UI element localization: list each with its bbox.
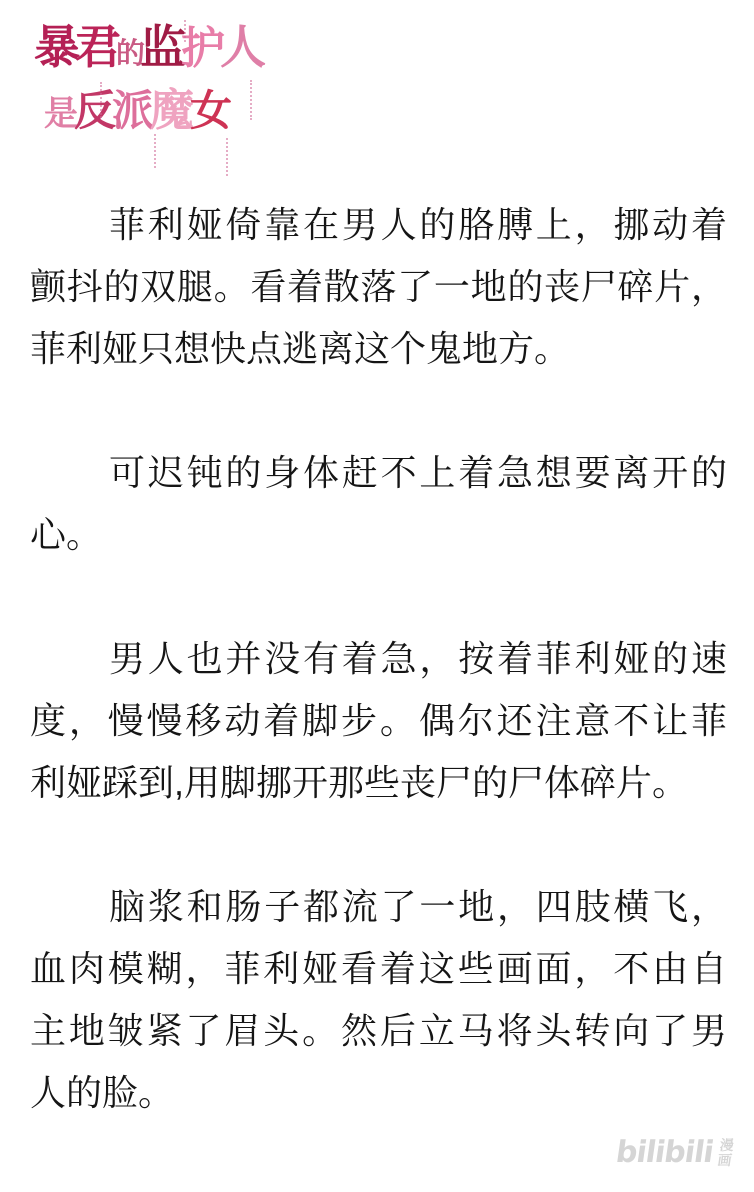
text-line: 男人也并没有着急，按着菲利娅的速 <box>30 628 727 690</box>
text-line: 可迟钝的身体赶不上着急想要离开的 <box>30 442 727 504</box>
text-line: 心。 <box>30 504 727 566</box>
text-line: 血肉模糊，菲利娅看着这些画面，不由自 <box>30 938 727 1000</box>
paragraph: 男人也并没有着急，按着菲利娅的速度，慢慢移动着脚步。偶尔还注意不让菲利娅踩到,用… <box>30 628 727 814</box>
text-line: 利娅踩到,用脚挪开那些丧尸的尸体碎片。 <box>30 752 727 814</box>
text-line: 主地皱紧了眉头。然后立马将头转向了男 <box>30 1000 727 1062</box>
paragraph: 可迟钝的身体赶不上着急想要离开的心。 <box>30 442 727 566</box>
text-line: 度，慢慢移动着脚步。偶尔还注意不让菲 <box>30 690 727 752</box>
series-title-logo: 暴君的监护人 是反派魔女 <box>34 16 261 143</box>
logo-char: 反 <box>74 89 112 135</box>
manhua-label: 漫画 <box>717 1138 736 1168</box>
logo-char: 人 <box>220 22 261 73</box>
logo-char: 监 <box>140 22 181 73</box>
logo-char: 派 <box>112 89 150 135</box>
paragraph: 脑浆和肠子都流了一地，四肢横飞，血肉模糊，菲利娅看着这些画面，不由自主地皱紧了眉… <box>30 876 727 1124</box>
logo-char: 的 <box>116 38 140 70</box>
text-line: 脑浆和肠子都流了一地，四肢横飞， <box>30 876 727 938</box>
text-line: 菲利娅只想快点逃离这个鬼地方。 <box>30 318 727 380</box>
sparkle-ornament <box>154 134 156 168</box>
logo-char: 女 <box>190 89 228 135</box>
logo-title-line1: 暴君的监护人 <box>34 16 261 91</box>
sparkle-ornament <box>250 80 252 120</box>
sparkle-ornament <box>226 138 228 176</box>
text-line: 菲利娅倚靠在男人的胳膊上，挪动着 <box>30 194 727 256</box>
sparkle-ornament <box>184 20 186 42</box>
text-line: 颤抖的双腿。看着散落了一地的丧尸碎片， <box>30 256 727 318</box>
paragraph: 菲利娅倚靠在男人的胳膊上，挪动着颤抖的双腿。看着散落了一地的丧尸碎片，菲利娅只想… <box>30 194 727 380</box>
logo-char: 暴 <box>34 22 75 73</box>
sparkle-ornament <box>100 82 102 118</box>
logo-title-line2: 是反派魔女 <box>44 89 261 143</box>
text-line: 人的脸。 <box>30 1062 727 1124</box>
logo-char: 是 <box>44 96 74 133</box>
logo-char: 魔 <box>150 86 190 135</box>
bilibili-logo-text: bilibili <box>614 1138 715 1168</box>
novel-reader-page: 暴君的监护人 是反派魔女 菲利娅倚靠在男人的胳膊上，挪动着颤抖的双腿。看着散落了… <box>0 0 754 1192</box>
logo-char: 君 <box>75 22 116 73</box>
novel-text-body: 菲利娅倚靠在男人的胳膊上，挪动着颤抖的双腿。看着散落了一地的丧尸碎片，菲利娅只想… <box>30 194 727 1124</box>
bilibili-watermark: bilibili 漫画 <box>614 1138 736 1168</box>
logo-char: 护 <box>181 24 220 73</box>
